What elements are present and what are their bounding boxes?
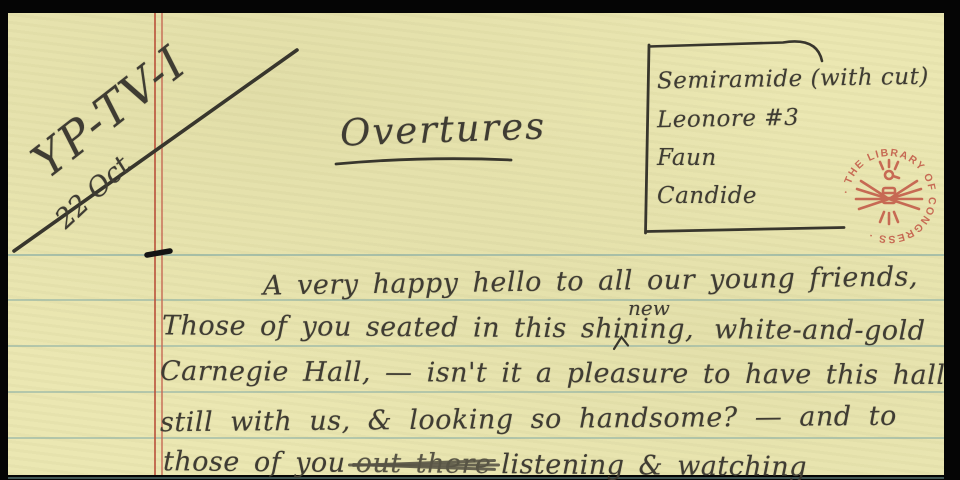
script-line-4: still with us, & looking so handsome? — … — [160, 401, 897, 438]
program-item: Faun — [657, 145, 717, 171]
ruled-line — [8, 299, 944, 301]
script-line-2-pre: Those of you seated in this shining, — [162, 310, 694, 345]
script-line-5-post: listening & watching — [501, 449, 807, 480]
manuscript-page: · THE LIBRARY OF CONGRESS · YP-TV-I 22 O… — [0, 0, 960, 480]
program-item: Semiramide (with cut) — [657, 64, 929, 95]
script-line-5: those of youout therelistening & watchin… — [163, 446, 807, 480]
script-line-3: Carnegie Hall, — isn't it a pleasure to … — [160, 356, 946, 391]
script-line-2-post: white-and-gold — [714, 314, 926, 346]
page-title: Overtures — [339, 104, 546, 154]
ruled-line — [8, 391, 944, 393]
program-item: Candide — [657, 183, 757, 209]
program-item: Leonore #3 — [657, 105, 800, 133]
inserted-word: new — [628, 296, 670, 320]
ruled-line — [8, 254, 944, 256]
script-line-2: Those of you seated in this shining,whit… — [162, 310, 926, 346]
struck-word: out there — [356, 448, 492, 480]
script-line-5-pre: those of you — [163, 446, 346, 479]
ruled-line — [8, 437, 944, 439]
